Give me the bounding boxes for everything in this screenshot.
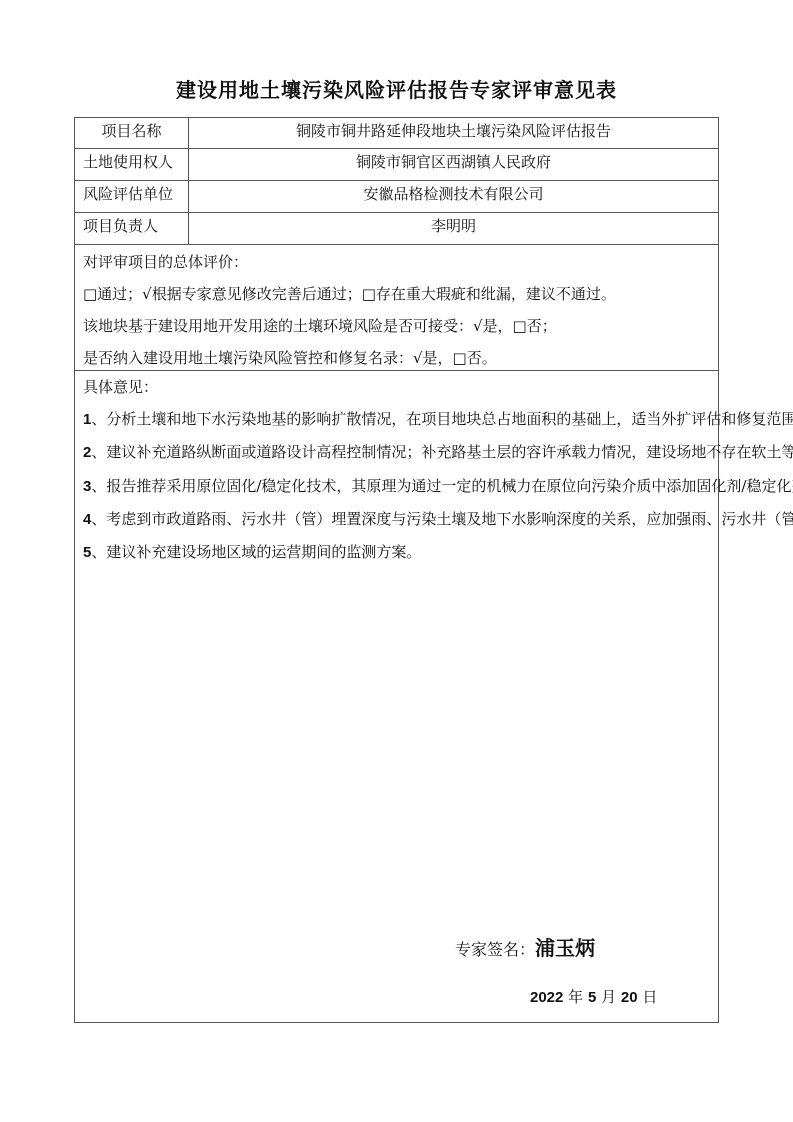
opinions-heading: 具体意见： — [83, 371, 710, 403]
value-project-name: 铜陵市铜井路延伸段地块土壤污染风险评估报告 — [189, 118, 718, 148]
label-assessment-unit: 风险评估单位 — [75, 181, 189, 212]
overall-verdict: □通过；√根据专家意见修改完善后通过；□存在重大瑕疵和纰漏，建议不通过。 — [83, 278, 710, 310]
overall-heading: 对评审项目的总体评价： — [83, 246, 710, 278]
label-project-name: 项目名称 — [75, 118, 189, 148]
value-project-lead: 李明明 — [189, 213, 718, 244]
row-project-name: 项目名称 铜陵市铜井路延伸段地块土壤污染风险评估报告 — [75, 118, 718, 149]
overall-evaluation: 对评审项目的总体评价： □通过；√根据专家意见修改完善后通过；□存在重大瑕疵和纰… — [75, 246, 718, 371]
signature-name: 浦玉炳 — [535, 938, 595, 960]
review-form-table: 项目名称 铜陵市铜井路延伸段地块土壤污染风险评估报告 土地使用权人 铜陵市铜官区… — [74, 117, 719, 1023]
specific-opinions: 具体意见： 1、分析土壤和地下水污染地基的影响扩散情况，在项目地块总占地面积的基… — [75, 371, 718, 569]
expert-signature: 专家签名：浦玉炳 — [455, 932, 595, 961]
value-assessment-unit: 安徽品格检测技术有限公司 — [189, 181, 718, 212]
signature-date: 2022 年 5 月 20 日 — [530, 986, 657, 1007]
row-land-owner: 土地使用权人 铜陵市铜官区西湖镇人民政府 — [75, 149, 718, 181]
page-title: 建设用地土壤污染风险评估报告专家评审意见表 — [0, 74, 793, 103]
value-land-owner: 铜陵市铜官区西湖镇人民政府 — [189, 149, 718, 180]
row-project-lead: 项目负责人 李明明 — [75, 213, 718, 245]
opinion-item-3: 3、报告推荐采用原位固化/稳定化技术，其原理为通过一定的机械力在原位向污染介质中… — [83, 470, 710, 503]
row-assessment-unit: 风险评估单位 安徽品格检测技术有限公司 — [75, 181, 718, 213]
opinion-item-1: 1、分析土壤和地下水污染地基的影响扩散情况，在项目地块总占地面积的基础上，适当外… — [83, 403, 710, 436]
label-project-lead: 项目负责人 — [75, 213, 189, 244]
label-land-owner: 土地使用权人 — [75, 149, 189, 180]
opinion-item-2: 2、建议补充道路纵断面或道路设计高程控制情况；补充路基土层的容许承载力情况，建设… — [83, 436, 710, 469]
opinion-item-5: 5、建议补充建设场地区域的运营期间的监测方案。 — [83, 536, 710, 569]
overall-risk-acceptable: 该地块基于建设用地开发用途的土壤环境风险是否可接受：√是，□否； — [83, 310, 710, 342]
overall-list-inclusion: 是否纳入建设用地土壤污染风险管控和修复名录：√是，□否。 — [83, 342, 710, 374]
opinion-item-4: 4、考虑到市政道路雨、污水井（管）埋置深度与污染土壤及地下水影响深度的关系，应加… — [83, 503, 710, 536]
signature-label: 专家签名： — [455, 940, 535, 959]
